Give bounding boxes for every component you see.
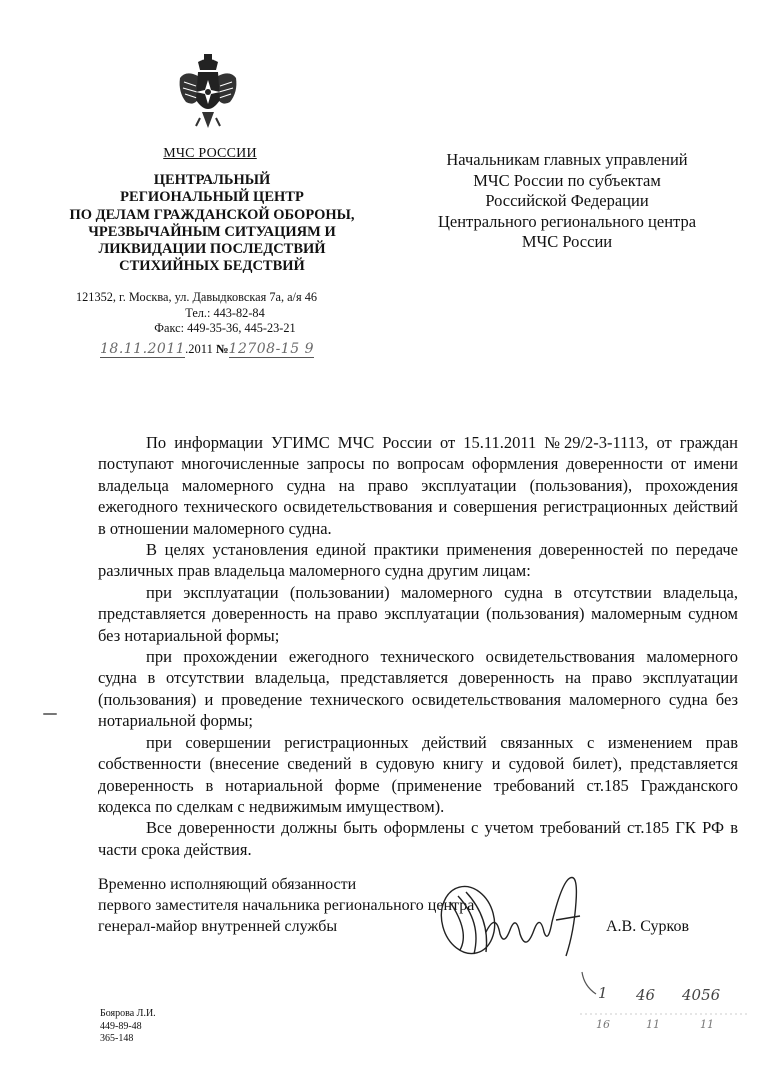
addressee-line: Центрального регионального центра [412,212,722,233]
reg-number-sign: № [216,342,229,356]
stamp-prefix: 1 [598,984,608,1002]
phone: Тел.: 443-82-84 [70,306,380,322]
signer-title-line: первого заместителя начальника региональ… [98,895,418,916]
org-name-line: ЧРЕЗВЫЧАЙНЫМ СИТУАЦИЯМ И [62,224,362,241]
signer-title-line: генерал-майор внутренней службы [98,916,418,937]
postal-address: 121352, г. Москва, ул. Давыдковская 7а, … [70,290,380,306]
body-paragraph: Все доверенности должны быть оформлены с… [98,817,738,860]
stamp-number: 4056 [682,986,720,1004]
body-paragraph: при прохождении ежегодного технического … [98,646,738,732]
org-name-line: ПО ДЕЛАМ ГРАЖДАНСКОЙ ОБОРОНЫ, [62,207,362,224]
handwritten-signature-icon [430,872,610,962]
stamp-day: 16 [596,1018,610,1031]
reg-number-handwritten: 12708-15 9 [229,341,314,358]
signer-title: Временно исполняющий обязанности первого… [98,874,418,937]
org-name-line: СТИХИЙНЫХ БЕДСТВИЙ [62,258,362,275]
executor-info: Боярова Л.И. 449-89-48 365-148 [100,1008,156,1046]
executor-name: Боярова Л.И. [100,1008,156,1021]
letter-body: По информации УГИМС МЧС России от 15.11.… [98,432,738,860]
mchs-emblem-icon [176,52,240,136]
signer-name: А.В. Сурков [606,918,689,936]
body-paragraph: при эксплуатации (пользовании) маломерно… [98,582,738,646]
addressee-line: МЧС России по субъектам [412,171,722,192]
addressee-line: Российской Федерации [412,191,722,212]
stamp-month: 11 [646,1018,660,1031]
registration-line: 18.11.2011.2011 №12708-15 9 [100,341,314,357]
addressee-line: Начальникам главных управлений [412,150,722,171]
org-name-line: ЦЕНТРАЛЬНЫЙ [62,172,362,189]
stamp-year: 11 [700,1018,714,1031]
org-short-name: МЧС РОССИИ [150,146,270,162]
scan-artifact [43,713,57,715]
org-address: 121352, г. Москва, ул. Давыдковская 7а, … [70,290,380,337]
body-paragraph: В целях установления единой практики при… [98,539,738,582]
org-name-line: ЛИКВИДАЦИИ ПОСЛЕДСТВИЙ [62,241,362,258]
executor-phone: 365-148 [100,1033,156,1046]
stamp-mid: 46 [636,986,655,1004]
reg-date-handwritten: 18.11.2011 [100,341,185,358]
body-paragraph: По информации УГИМС МЧС России от 15.11.… [98,432,738,539]
executor-phone: 449-89-48 [100,1021,156,1034]
reg-year: .2011 [185,342,213,356]
addressee-block: Начальникам главных управлений МЧС Росси… [412,150,722,253]
incoming-stamp: 1 46 4056 16 11 11 [560,970,760,1050]
org-full-name: ЦЕНТРАЛЬНЫЙ РЕГИОНАЛЬНЫЙ ЦЕНТР ПО ДЕЛАМ … [62,172,362,276]
body-paragraph: при совершении регистрационных действий … [98,732,738,818]
org-name-line: РЕГИОНАЛЬНЫЙ ЦЕНТР [62,189,362,206]
signer-title-line: Временно исполняющий обязанности [98,874,418,895]
fax: Факс: 449-35-36, 445-23-21 [70,321,380,337]
addressee-line: МЧС России [412,232,722,253]
